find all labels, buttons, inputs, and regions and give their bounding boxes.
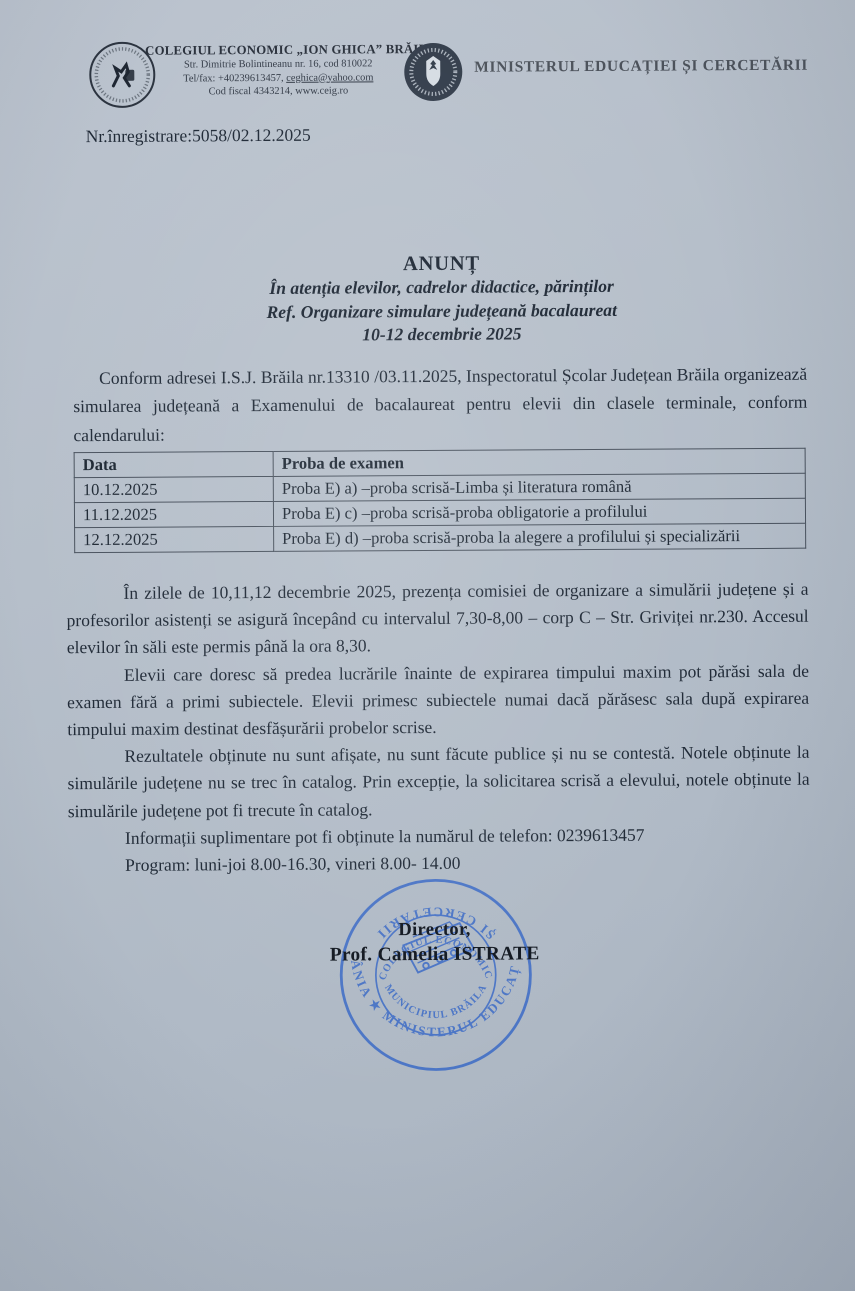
signature-name: Prof. Camelia ISTRATE: [255, 943, 615, 967]
school-letterhead: COLEGIUL ECONOMIC „ION GHICA” BRĂILA Str…: [145, 42, 411, 99]
paragraph-results: Rezultatele obținute nu sunt afișate, nu…: [67, 739, 809, 825]
table-cell-date: 12.12.2025: [75, 526, 274, 552]
table-cell-date: 10.12.2025: [74, 476, 273, 502]
signature-block: Director, Prof. Camelia ISTRATE: [254, 918, 614, 967]
school-address: Str. Dimitrie Bolintineanu nr. 16, cod 8…: [145, 57, 411, 72]
intro-paragraph: Conform adresei I.S.J. Brăila nr.13310 /…: [73, 360, 808, 450]
body-text: În zilele de 10,11,12 decembrie 2025, pr…: [66, 576, 810, 880]
exam-calendar-table: Data Proba de examen 10.12.2025 Proba E)…: [74, 448, 807, 553]
table-cell-date: 11.12.2025: [74, 501, 273, 527]
school-name: COLEGIUL ECONOMIC „ION GHICA” BRĂILA: [145, 42, 411, 59]
paragraph-rules: Elevii care doresc să predea lucrările î…: [67, 657, 809, 743]
signature-role: Director,: [254, 918, 614, 942]
school-email: ceghica@yahoo.com: [286, 72, 373, 84]
table-row: 12.12.2025 Proba E) d) –proba scrisă-pro…: [75, 523, 806, 552]
table-cell-exam: Proba E) d) –proba scrisă-proba la alege…: [274, 523, 806, 551]
subtitle-dates: 10-12 decembrie 2025: [74, 321, 810, 349]
school-telfax: Tel/fax: +40239613457,: [183, 72, 286, 84]
paragraph-presence: În zilele de 10,11,12 decembrie 2025, pr…: [66, 576, 808, 662]
table-header-exam: Proba de examen: [273, 448, 805, 476]
school-fiscal: Cod fiscal 4343214, www.ceig.ro: [145, 84, 411, 99]
table-header-date: Data: [74, 451, 273, 477]
scanned-page: COLEGIUL ECONOMIC „ION GHICA” BRĂILA Str…: [0, 0, 855, 1291]
school-contact: Tel/fax: +40239613457, ceghica@yahoo.com: [145, 71, 411, 86]
ministry-name: MINISTERUL EDUCAȚIEI ȘI CERCETĂRII: [474, 57, 804, 77]
document-content: COLEGIUL ECONOMIC „ION GHICA” BRĂILA Str…: [0, 0, 855, 1291]
government-seal-icon: [401, 40, 465, 104]
round-stamp: ROMÂNIA ★ MINISTERUL EDUCAȚIEI ★ ȘI CERC…: [332, 871, 539, 1078]
table-cell-exam: Proba E) c) –proba scrisă-proba obligato…: [273, 498, 805, 526]
announcement-header: ANUNȚ În atenția elevilor, cadrelor dida…: [73, 251, 810, 349]
table-cell-exam: Proba E) a) –proba scrisă-Limba și liter…: [273, 473, 805, 501]
registration-number: Nr.înregistrare:5058/02.12.2025: [86, 125, 311, 147]
